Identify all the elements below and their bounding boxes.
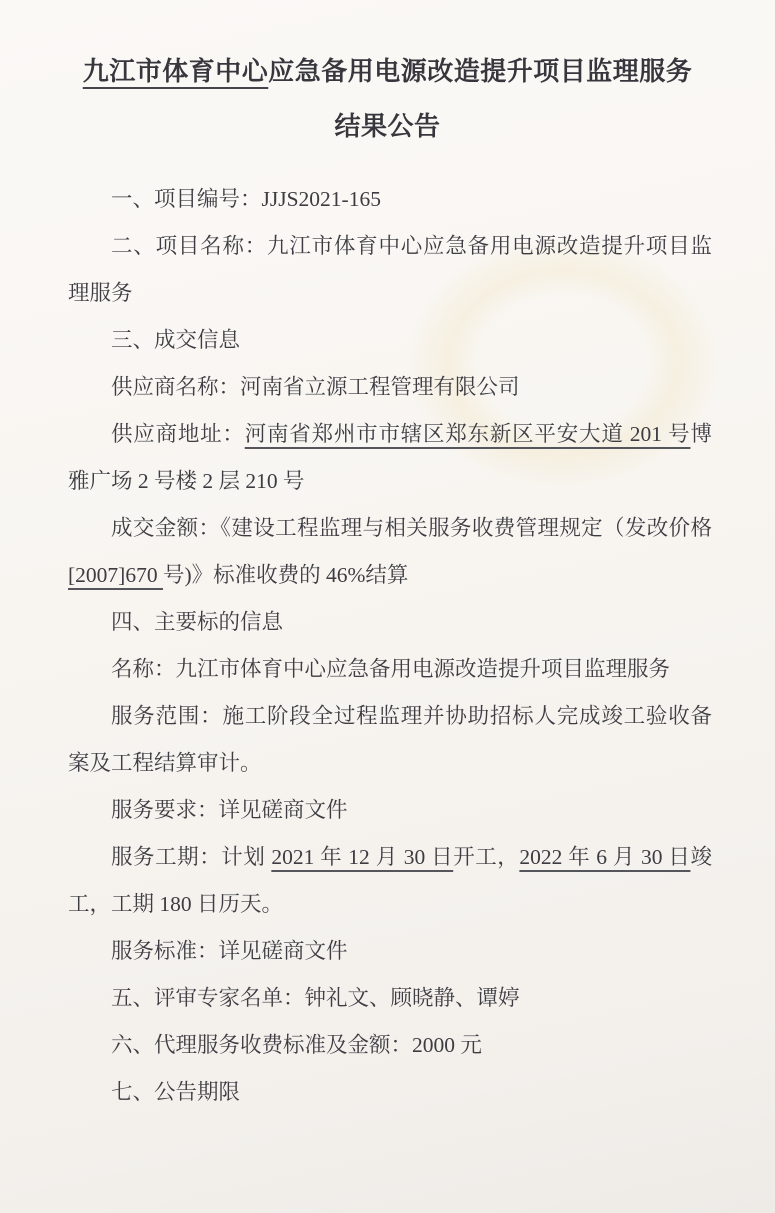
paragraph-deal-info-heading: 三、成交信息 (68, 317, 712, 364)
paragraph-supplier-name: 供应商名称：河南省立源工程管理有限公司 (68, 364, 712, 411)
text-run: 供应商地址： (111, 422, 245, 446)
text-run: 供应商名称：河南省立源工程管理有限公司 (111, 375, 520, 399)
document-page: 九江市体育中心应急备用电源改造提升项目监理服务 结果公告 一、项目编号：JJJS… (0, 0, 775, 1213)
underlined-text-run: 河南省郑州市市辖区郑东新区平安大道 201 号 (245, 422, 691, 446)
paragraph-service-scope: 服务范围：施工阶段全过程监理并协助招标人完成竣工验收备案及工程结算审计。 (68, 693, 712, 787)
paragraph-project-number: 一、项目编号：JJJS2021-165 (68, 176, 712, 223)
paragraph-service-requirements: 服务要求：详见磋商文件 (68, 787, 712, 834)
text-run: 号)》标准收费的 46%结算 (163, 563, 408, 587)
text-run: 七、公告期限 (111, 1080, 240, 1104)
underlined-text-run: [2007]670 (68, 563, 163, 587)
paragraph-supplier-address: 供应商地址：河南省郑州市市辖区郑东新区平安大道 201 号博雅广场 2 号楼 2… (68, 411, 712, 505)
paragraph-expert-list: 五、评审专家名单：钟礼文、顾晓静、谭婷 (68, 975, 712, 1022)
text-run: 服务标准：详见磋商文件 (111, 939, 348, 963)
text-run: 四、主要标的信息 (111, 610, 283, 634)
paragraph-announcement-period-heading: 七、公告期限 (68, 1069, 712, 1116)
paragraph-subject-name: 名称：九江市体育中心应急备用电源改造提升项目监理服务 (68, 646, 712, 693)
document-body: 一、项目编号：JJJS2021-165二、项目名称：九江市体育中心应急备用电源改… (68, 176, 712, 1116)
underlined-text-run: 九江市体育中心 (83, 57, 269, 86)
document-title-line-2: 结果公告 (40, 99, 735, 154)
paragraph-project-name: 二、项目名称：九江市体育中心应急备用电源改造提升项目监理服务 (68, 223, 712, 317)
paragraph-deal-amount: 成交金额：《建设工程监理与相关服务收费管理规定（发改价格[2007]670 号)… (68, 505, 712, 599)
underlined-text-run: 2021 年 12 月 30 日 (271, 845, 453, 869)
underlined-text-run: 2022 年 6 月 30 日 (519, 845, 690, 869)
paragraph-service-standard: 服务标准：详见磋商文件 (68, 928, 712, 975)
text-run: 名称：九江市体育中心应急备用电源改造提升项目监理服务 (111, 657, 670, 681)
paragraph-agency-fee: 六、代理服务收费标准及金额：2000 元 (68, 1022, 712, 1069)
document-title: 九江市体育中心应急备用电源改造提升项目监理服务 结果公告 (40, 44, 735, 154)
text-run: 成交金额：《建设工程监理与相关服务收费管理规定（发改价格 (111, 516, 712, 540)
text-run: 服务范围：施工阶段全过程监理并协助招标人完成竣工验收备案及工程结算审计。 (68, 704, 712, 775)
paragraph-subject-info-heading: 四、主要标的信息 (68, 599, 712, 646)
text-run: 三、成交信息 (111, 328, 240, 352)
text-run: 一、项目编号：JJJS2021-165 (111, 187, 381, 211)
document-title-line-1: 九江市体育中心应急备用电源改造提升项目监理服务 (40, 44, 735, 99)
paragraph-service-period: 服务工期：计划 2021 年 12 月 30 日开工，2022 年 6 月 30… (68, 834, 712, 928)
text-run: 六、代理服务收费标准及金额：2000 元 (111, 1033, 482, 1057)
text-run: 二、项目名称：九江市体育中心应急备用电源改造提升项目监理服务 (68, 234, 712, 305)
text-run: 应急备用电源改造提升项目监理服务 (268, 57, 692, 86)
text-run: 服务工期：计划 (111, 845, 271, 869)
text-run: 服务要求：详见磋商文件 (111, 798, 348, 822)
text-run: 开工， (453, 845, 519, 869)
text-run: 五、评审专家名单：钟礼文、顾晓静、谭婷 (111, 986, 520, 1010)
